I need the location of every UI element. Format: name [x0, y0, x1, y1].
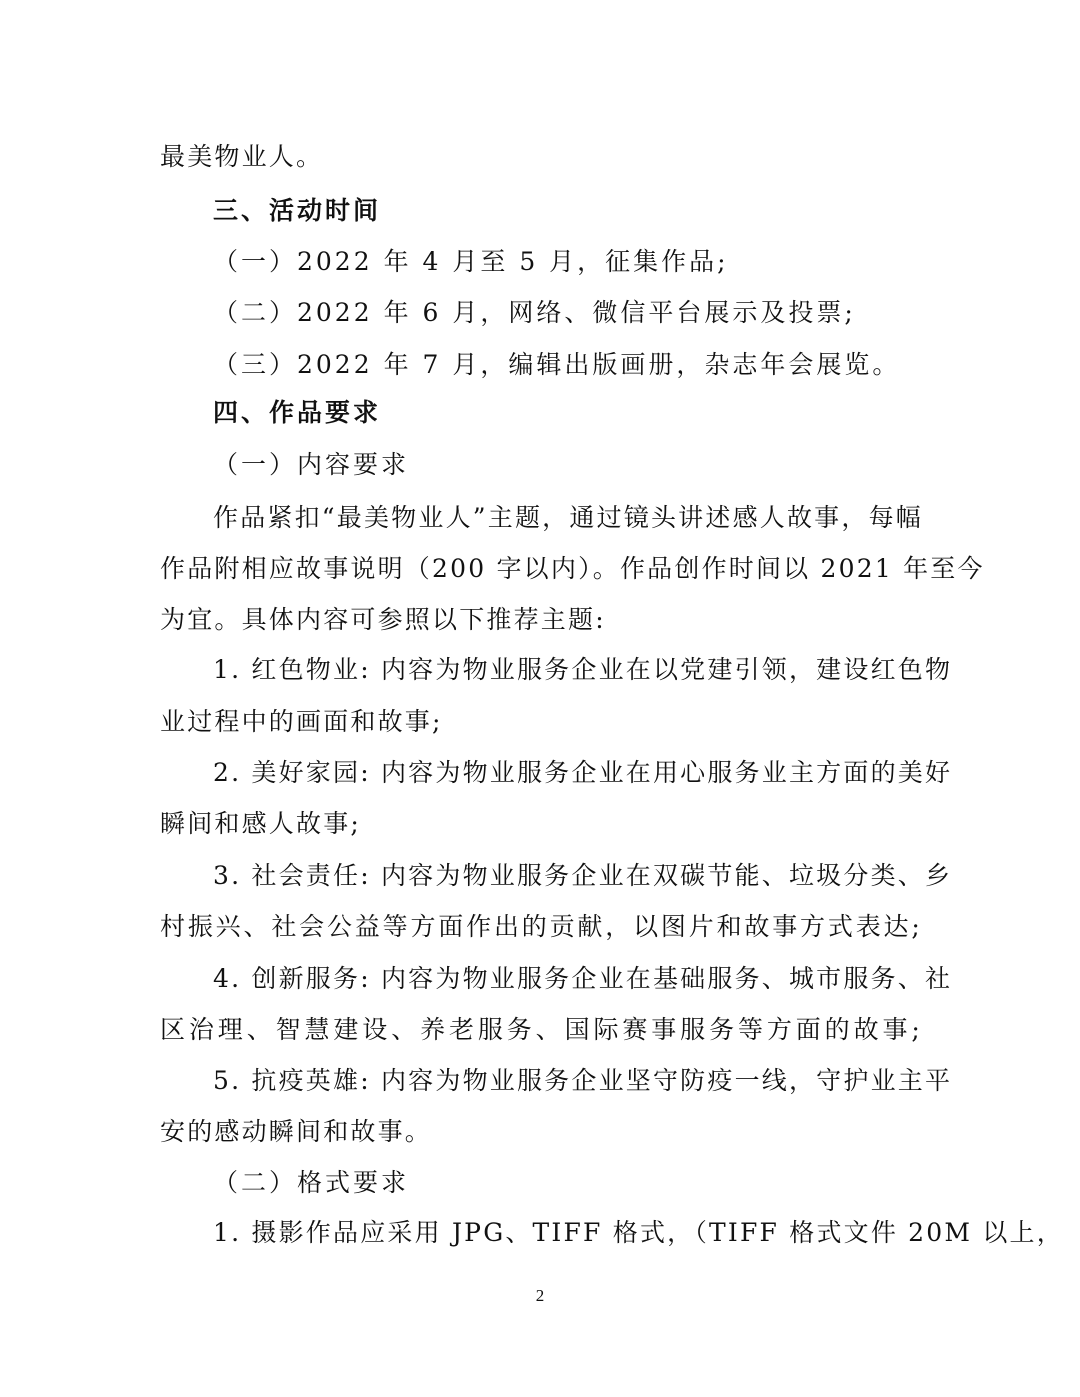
schedule-item-1: （一）2022 年 4 月至 5 月，征集作品; [213, 245, 975, 279]
theme-item-1: 1. 红色物业: 内容为物业服务企业在以党建引领，建设红色物 [213, 653, 922, 687]
theme-item-3: 3. 社会责任: 内容为物业服务企业在双碳节能、垃圾分类、乡 [213, 859, 922, 893]
section-heading-work-requirements: 四、作品要求 [213, 396, 922, 430]
subsection-heading-format: （二）格式要求 [213, 1166, 975, 1200]
page-number: 2 [0, 1286, 1080, 1306]
theme-item-2: 2. 美好家园: 内容为物业服务企业在用心服务业主方面的美好 [213, 756, 922, 790]
theme-item-5-cont: 安的感动瞬间和故事。 [160, 1115, 922, 1149]
theme-item-3-cont: 村振兴、社会公益等方面作出的贡献，以图片和故事方式表达; [160, 910, 922, 944]
theme-item-1-cont: 业过程中的画面和故事; [160, 705, 922, 739]
paragraph-line: 为宜。具体内容可参照以下推荐主题: [160, 603, 922, 637]
paragraph-line: 作品附相应故事说明（200 字以内）。作品创作时间以 2021 年至今 [160, 552, 922, 586]
paragraph-continuation: 最美物业人。 [160, 140, 922, 174]
document-page: 最美物业人。 三、活动时间 （一）2022 年 4 月至 5 月，征集作品; （… [0, 0, 1080, 1397]
format-item-1: 1. 摄影作品应采用 JPG、TIFF 格式，（TIFF 格式文件 20M 以上… [213, 1216, 922, 1250]
theme-item-2-cont: 瞬间和感人故事; [160, 807, 922, 841]
section-heading-activity-time: 三、活动时间 [213, 194, 922, 228]
schedule-item-2: （二）2022 年 6 月，网络、微信平台展示及投票; [213, 296, 975, 330]
schedule-item-3: （三）2022 年 7 月，编辑出版画册，杂志年会展览。 [213, 348, 975, 382]
theme-item-4-cont: 区治理、智慧建设、养老服务、国际赛事服务等方面的故事; [160, 1013, 922, 1047]
theme-item-5: 5. 抗疫英雄: 内容为物业服务企业坚守防疫一线，守护业主平 [213, 1064, 922, 1098]
theme-item-4: 4. 创新服务: 内容为物业服务企业在基础服务、城市服务、社 [213, 962, 922, 996]
subsection-heading-content: （一）内容要求 [213, 448, 975, 482]
paragraph-line: 作品紧扣“最美物业人”主题，通过镜头讲述感人故事，每幅 [213, 501, 922, 535]
